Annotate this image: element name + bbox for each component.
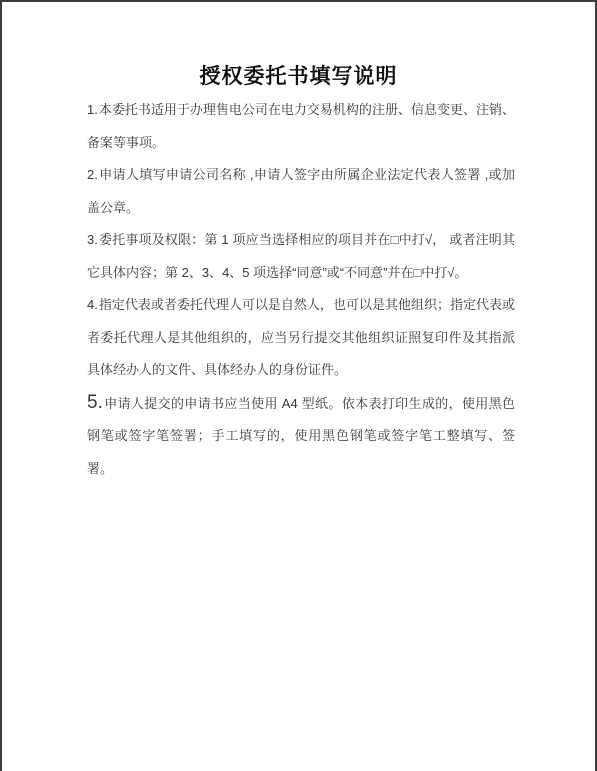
document-title: 授权委托书填写说明 (2, 62, 595, 92)
document-body: 1.本委托书适用于办理售电公司在电力交易机构的注册、信息变更、注销、备案等事项。… (87, 94, 515, 485)
paragraph-5-text: 申请人提交的申请书应当使用 A4 型纸。依本表打印生成的，使用黑色钢笔或签字笔签… (87, 396, 515, 476)
paragraph-4-number: 4. (87, 297, 98, 312)
paragraph-2-text: 申请人填写申请公司名称 ,申请人签字由所属企业法定代表人签署 ,或加盖公章。 (87, 167, 515, 215)
paragraph-2: 2.申请人填写申请公司名称 ,申请人签字由所属企业法定代表人签署 ,或加盖公章。 (87, 159, 515, 224)
paragraph-3: 3.委托事项及权限：第 1 项应当选择相应的项目并在□中打√， 或者注明其它具体… (87, 224, 515, 289)
paragraph-1: 1.本委托书适用于办理售电公司在电力交易机构的注册、信息变更、注销、备案等事项。 (87, 94, 515, 159)
paragraph-3-text: 委托事项及权限：第 1 项应当选择相应的项目并在□中打√， 或者注明其它具体内容… (87, 232, 515, 280)
paragraph-1-text: 本委托书适用于办理售电公司在电力交易机构的注册、信息变更、注销、备案等事项。 (87, 102, 515, 150)
paragraph-2-number: 2. (87, 167, 98, 182)
paragraph-4: 4.指定代表或者委托代理人可以是自然人，也可以是其他组织；指定代表或者委托代理人… (87, 289, 515, 387)
paragraph-1-number: 1. (87, 102, 98, 117)
paragraph-3-number: 3. (87, 232, 98, 247)
document-page: 授权委托书填写说明 1.本委托书适用于办理售电公司在电力交易机构的注册、信息变更… (0, 0, 597, 771)
paragraph-5-number: 5. (87, 392, 103, 413)
paragraph-4-text: 指定代表或者委托代理人可以是自然人，也可以是其他组织；指定代表或者委托代理人是其… (87, 297, 515, 377)
paragraph-5: 5.申请人提交的申请书应当使用 A4 型纸。依本表打印生成的，使用黑色钢笔或签字… (87, 387, 515, 486)
